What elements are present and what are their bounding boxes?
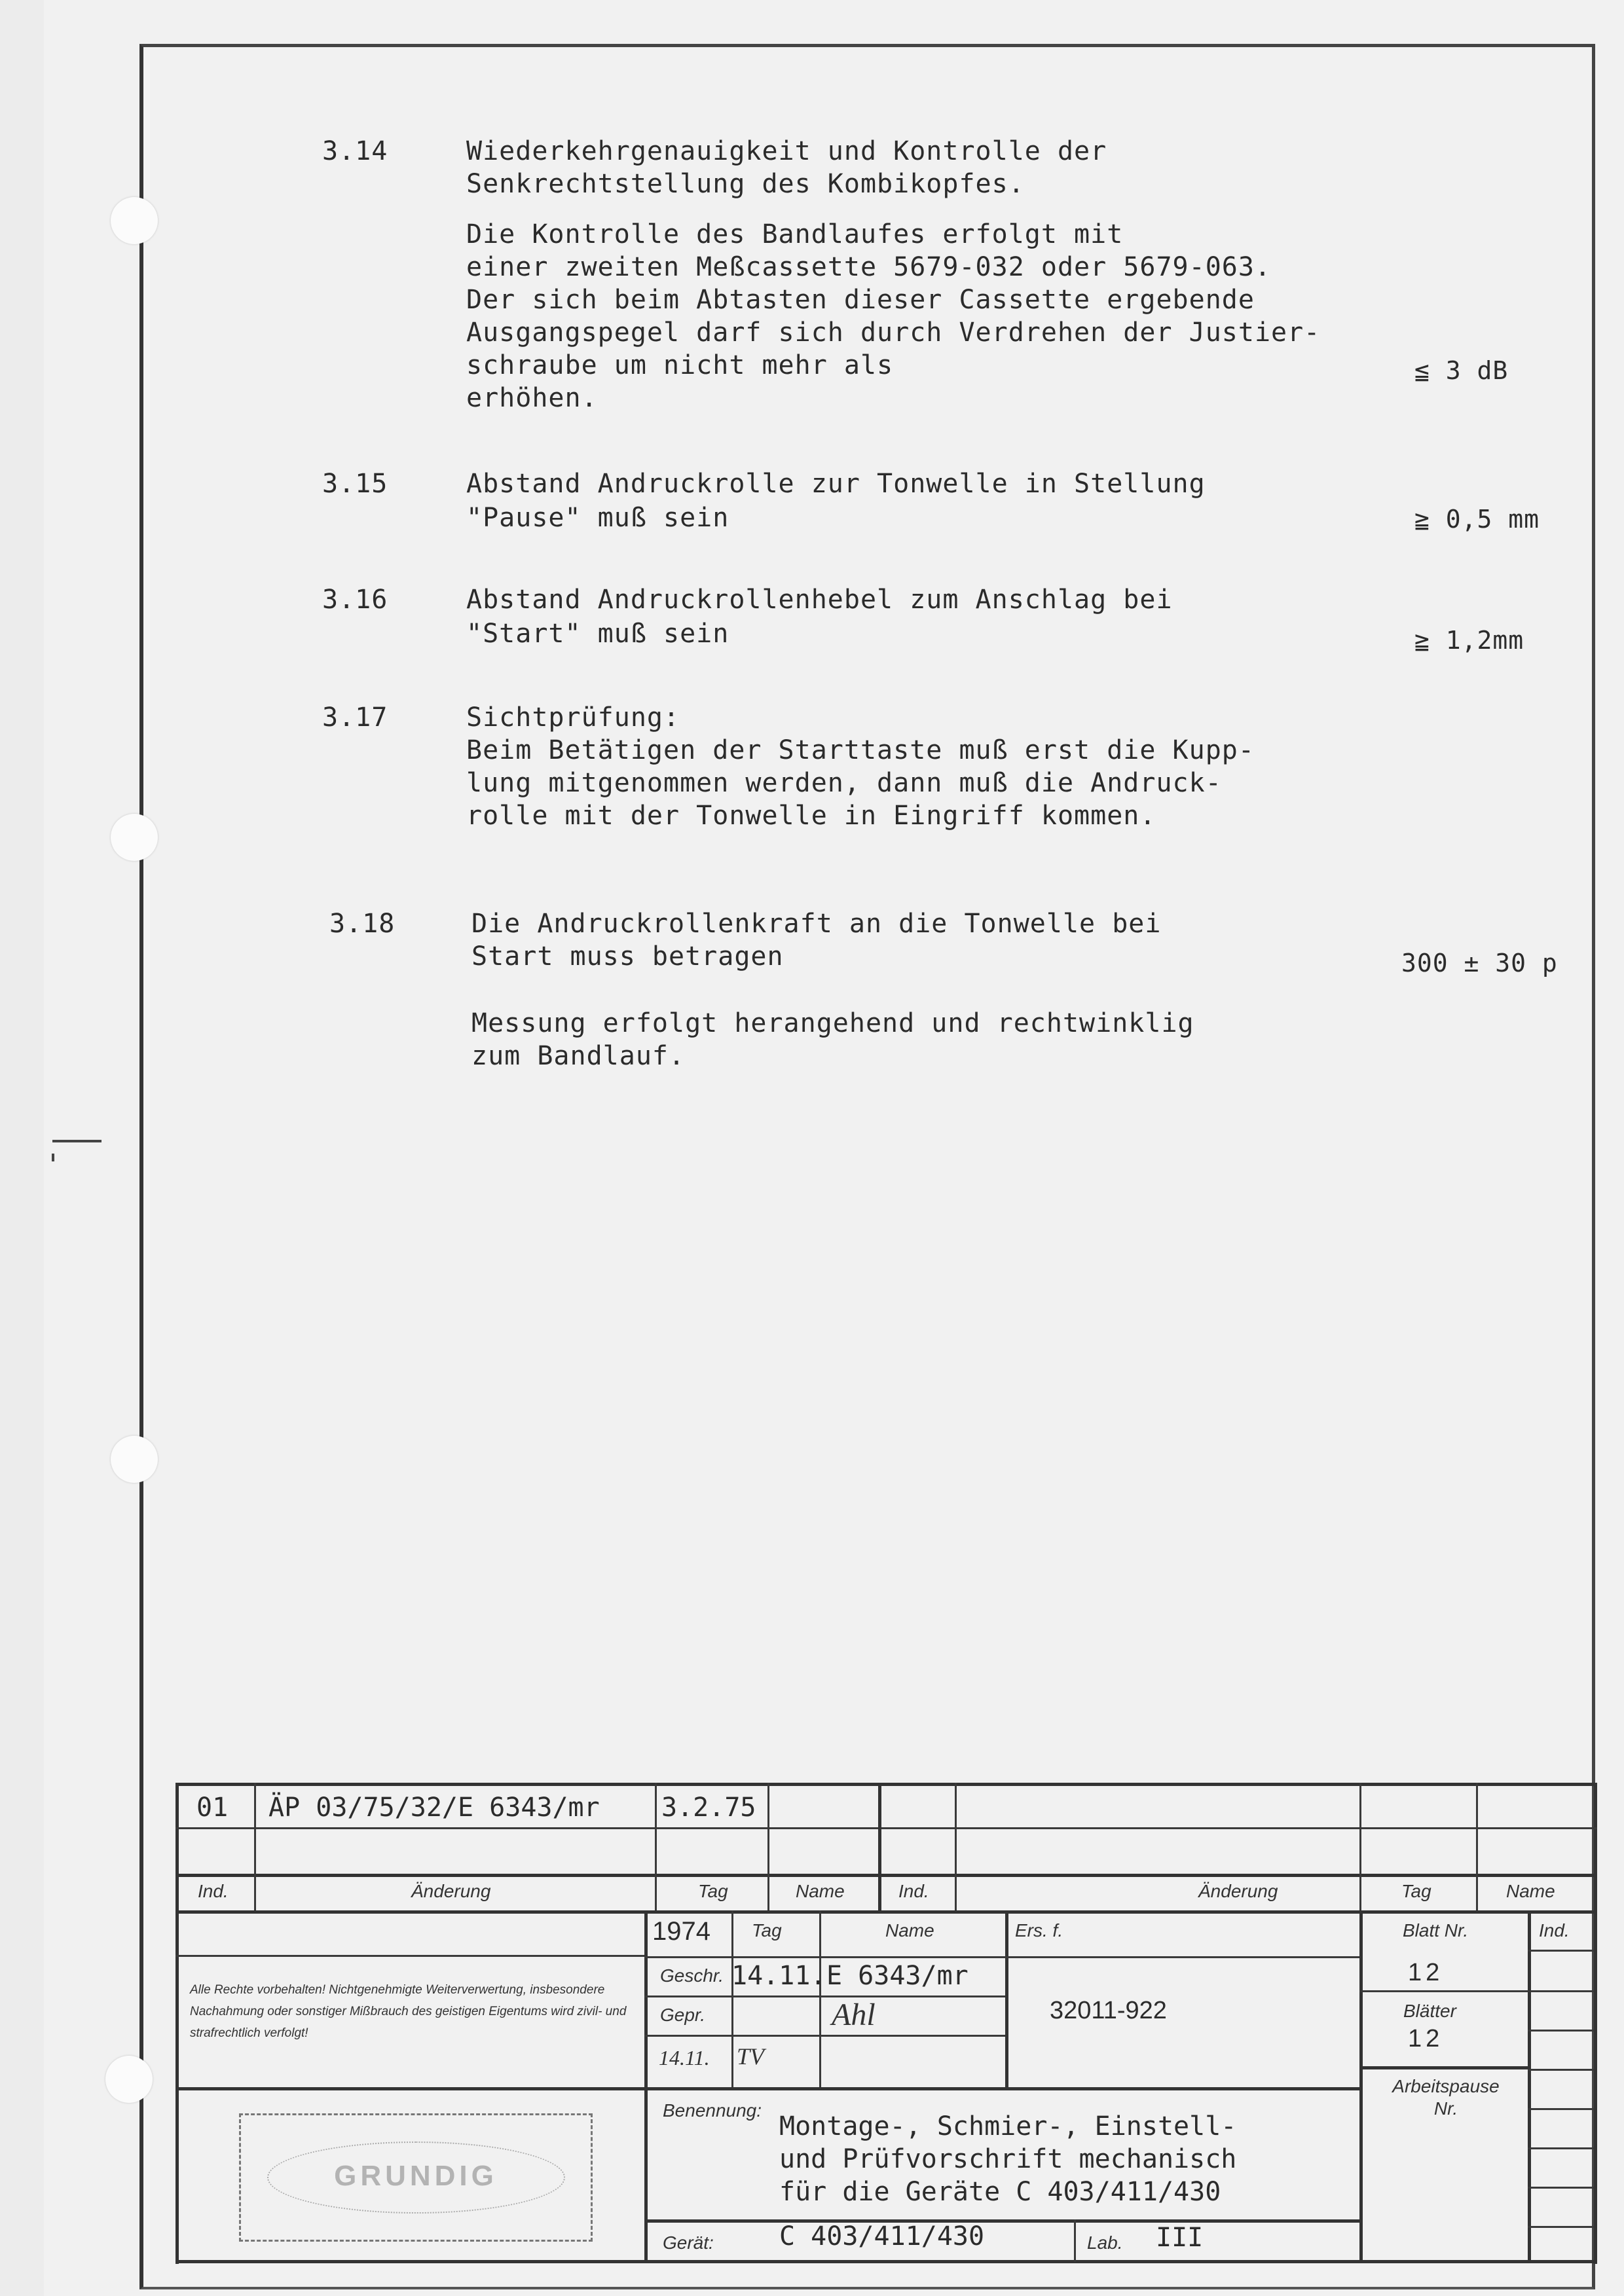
benennung-line: für die Geräte C 403/411/430 xyxy=(779,2177,1221,2207)
table-line xyxy=(644,2035,1005,2037)
table-line xyxy=(655,1783,657,1910)
change-index: 01 xyxy=(196,1793,228,1823)
section-heading-line: Wiederkehrgenauigkeit und Kontrolle der xyxy=(466,134,1107,168)
table-line xyxy=(731,1910,733,2087)
section-text-line: Der sich beim Abtasten dieser Cassette e… xyxy=(466,283,1255,317)
section-text-line: Die Kontrolle des Bandlaufes erfolgt mit xyxy=(466,217,1123,251)
section-text-line: Messung erfolgt herangehend und rechtwin… xyxy=(471,1006,1194,1040)
table-border xyxy=(175,1783,1597,1786)
check-date: 14.11. xyxy=(659,2046,710,2070)
punch-hole xyxy=(111,197,158,244)
section-text-line: Sichtprüfung: xyxy=(466,701,680,735)
header-tag: Tag xyxy=(698,1881,728,1902)
blaetter-count: 12 xyxy=(1408,2025,1443,2053)
header-aenderung-2: Änderung xyxy=(1198,1881,1278,1902)
section-number: 3.18 xyxy=(329,907,395,941)
blatt-nr-label: Blatt Nr. xyxy=(1403,1920,1468,1941)
header-ind-2: Ind. xyxy=(898,1881,929,1902)
table-line xyxy=(1528,2069,1594,2071)
section-text-line: schraube um nicht mehr als xyxy=(466,348,893,382)
header-aenderung: Änderung xyxy=(411,1881,490,1902)
table-line xyxy=(1528,2030,1594,2032)
section-text-line: Die Andruckrollenkraft an die Tonwelle b… xyxy=(471,907,1161,941)
section-text-line: "Pause" muß sein xyxy=(466,501,729,535)
table-line xyxy=(644,1995,1005,1997)
tolerance-value: 300 ± 30 p xyxy=(1401,946,1558,980)
header-tag-2: Tag xyxy=(1401,1881,1431,1902)
company-logo: GRUNDIG xyxy=(239,2113,593,2242)
header-ind: Ind. xyxy=(198,1881,229,1902)
table-line xyxy=(175,1910,1597,1914)
section-text-line: einer zweiten Meßcassette 5679-032 oder … xyxy=(466,250,1271,284)
table-line xyxy=(1359,2066,1528,2069)
arbeitspause-label: Arbeitspause Nr. xyxy=(1380,2075,1511,2120)
logo-text: GRUNDIG xyxy=(241,2160,591,2193)
table-line xyxy=(1528,1990,1594,1992)
header-name-2: Name xyxy=(1506,1881,1555,1902)
table-line xyxy=(1359,1910,1363,2262)
gepr-label: Gepr. xyxy=(660,2005,705,2026)
gepr-signature: Ahl xyxy=(832,1997,876,2033)
section-number: 3.14 xyxy=(322,134,388,168)
section-text-line: zum Bandlauf. xyxy=(471,1039,685,1073)
table-line xyxy=(254,1783,256,1910)
section-text-line: rolle mit der Tonwelle in Eingriff komme… xyxy=(466,799,1156,833)
punch-hole xyxy=(111,814,158,861)
table-line xyxy=(1005,1956,1359,1958)
geschr-label: Geschr. xyxy=(660,1965,724,1986)
section-number: 3.16 xyxy=(322,583,388,617)
table-line xyxy=(955,1783,957,1910)
table-border xyxy=(175,2260,1597,2263)
fold-mark xyxy=(52,1154,54,1161)
benennung-label: Benennung: xyxy=(663,2100,762,2121)
table-line xyxy=(1528,1910,1531,2262)
check-initials: TV xyxy=(737,2043,764,2070)
col-name-label: Name xyxy=(885,1920,934,1941)
punch-hole xyxy=(111,1436,158,1483)
table-line xyxy=(644,2219,1359,2223)
section-heading-line: Senkrechtstellung des Kombikopfes. xyxy=(466,167,1025,201)
table-line xyxy=(878,1783,881,1910)
lab-label: Lab. xyxy=(1087,2232,1123,2253)
table-border xyxy=(1594,1783,1597,2264)
table-line xyxy=(767,1783,769,1910)
section-text-line: Abstand Andruckrollenhebel zum Anschlag … xyxy=(466,583,1173,617)
table-line xyxy=(1528,2108,1594,2110)
year: 1974 xyxy=(652,1917,710,1946)
blatt-nr: 12 xyxy=(1408,1959,1443,1987)
punch-hole xyxy=(105,2056,153,2103)
section-text-line: "Start" muß sein xyxy=(466,617,729,651)
benennung-line: und Prüfvorschrift mechanisch xyxy=(779,2144,1236,2174)
section-text-line: Start muss betragen xyxy=(471,939,784,974)
section-text-line: Abstand Andruckrolle zur Tonwelle in Ste… xyxy=(466,467,1206,501)
section-text-line: Beim Betätigen der Starttaste muß erst d… xyxy=(466,733,1255,767)
table-line xyxy=(1359,1783,1361,1910)
tolerance-value: ≧ 0,5 mm xyxy=(1414,502,1540,536)
geschr-name: E 6343/mr xyxy=(826,1961,969,1991)
tolerance-value: ≧ 1,2mm xyxy=(1414,623,1524,657)
drawing-number: 32011-922 xyxy=(1050,1997,1167,2025)
lab-value: III xyxy=(1156,2223,1203,2253)
fold-mark xyxy=(52,1140,101,1142)
benennung-line: Montage-, Schmier-, Einstell- xyxy=(779,2111,1236,2141)
table-border xyxy=(175,1783,179,2264)
table-line xyxy=(175,1827,1597,1829)
section-text-line: Ausgangspegel darf sich durch Verdrehen … xyxy=(466,316,1320,350)
change-date: 3.2.75 xyxy=(661,1793,756,1823)
table-line xyxy=(644,1910,648,2262)
col-tag-label: Tag xyxy=(752,1920,782,1941)
blaetter-label: Blätter xyxy=(1403,2001,1456,2022)
change-description: ÄP 03/75/32/E 6343/mr xyxy=(268,1793,600,1823)
table-line xyxy=(1528,1950,1594,1952)
table-line xyxy=(644,1956,1005,1958)
table-line xyxy=(1476,1783,1478,1910)
table-line xyxy=(1074,2219,1076,2262)
section-text-line: lung mitgenommen werden, dann muß die An… xyxy=(466,766,1222,800)
geraet-value: C 403/411/430 xyxy=(779,2221,984,2251)
section-number: 3.17 xyxy=(322,701,388,735)
geraet-label: Gerät: xyxy=(663,2232,714,2253)
table-line xyxy=(1528,2226,1594,2228)
legal-notice: Alle Rechte vorbehalten! Nichtgenehmigte… xyxy=(190,1979,629,2044)
table-line xyxy=(1528,2187,1594,2189)
ind-label: Ind. xyxy=(1539,1920,1570,1941)
table-line xyxy=(1528,2147,1594,2149)
table-line xyxy=(1359,1990,1528,1992)
table-line xyxy=(175,2087,1361,2090)
table-line xyxy=(819,1910,821,2087)
table-line xyxy=(175,1874,1597,1877)
header-name: Name xyxy=(796,1881,845,1902)
table-line xyxy=(175,1955,644,1957)
tolerance-value: ≦ 3 dB xyxy=(1414,354,1508,388)
section-text-line: erhöhen. xyxy=(466,381,598,415)
section-number: 3.15 xyxy=(322,467,388,501)
geschr-date: 14.11. xyxy=(731,1961,826,1991)
table-line xyxy=(1005,1910,1008,2087)
ers-f-label: Ers. f. xyxy=(1015,1920,1063,1941)
